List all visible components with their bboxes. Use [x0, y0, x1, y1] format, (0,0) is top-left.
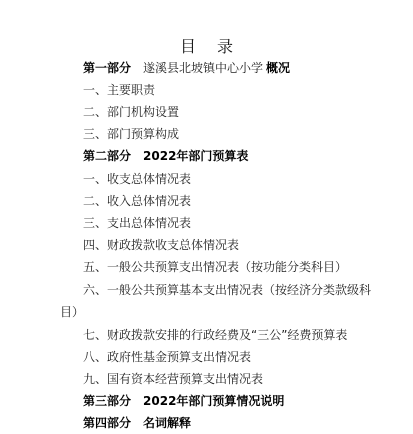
toc-item[interactable]: 九、国有资本经营预算支出情况表	[83, 372, 263, 386]
toc-item[interactable]: 七、财政拨款安排的行政经费及“三公”经费预算表	[83, 328, 347, 342]
part2-label: 第二部分	[83, 149, 131, 163]
toc-part1-heading[interactable]: 第一部分遂溪县北坡镇中心小学概况	[83, 61, 290, 75]
toc-item[interactable]: 三、支出总体情况表	[83, 216, 191, 230]
toc-part2-heading[interactable]: 第二部分2022年部门预算表	[83, 149, 248, 163]
part1-label: 第一部分	[83, 61, 131, 75]
part4-name: 名词解释	[143, 416, 191, 430]
toc-item[interactable]: 四、财政拨款收支总体情况表	[83, 238, 239, 252]
toc-item[interactable]: 二、收入总体情况表	[83, 194, 191, 208]
toc-page: 目 录 第一部分遂溪县北坡镇中心小学概况 一、主要职责 二、部门机构设置 三、部…	[0, 0, 413, 434]
toc-item[interactable]: 八、政府性基金预算支出情况表	[83, 350, 251, 364]
toc-item[interactable]: 一、收支总体情况表	[83, 172, 191, 186]
toc-item[interactable]: 六、一般公共预算基本支出情况表（按经济分类款级科	[83, 283, 371, 297]
part3-label: 第三部分	[83, 394, 131, 408]
part1-suffix: 概况	[266, 61, 290, 75]
toc-title: 目 录	[0, 34, 413, 57]
toc-item[interactable]: 五、一般公共预算支出情况表（按功能分类科目）	[83, 260, 347, 274]
part2-name: 2022年部门预算表	[143, 149, 248, 163]
toc-item[interactable]: 二、部门机构设置	[83, 105, 179, 119]
toc-item[interactable]: 三、部门预算构成	[83, 127, 179, 141]
toc-part3-heading[interactable]: 第三部分2022年部门预算情况说明	[83, 394, 284, 408]
part4-label: 第四部分	[83, 416, 131, 430]
toc-item[interactable]: 一、主要职责	[83, 83, 155, 97]
part1-name: 遂溪县北坡镇中心小学	[143, 61, 263, 75]
toc-item-continuation[interactable]: 目）	[60, 305, 84, 319]
toc-part4-heading[interactable]: 第四部分名词解释	[83, 416, 191, 430]
part3-name: 2022年部门预算情况说明	[143, 394, 284, 408]
